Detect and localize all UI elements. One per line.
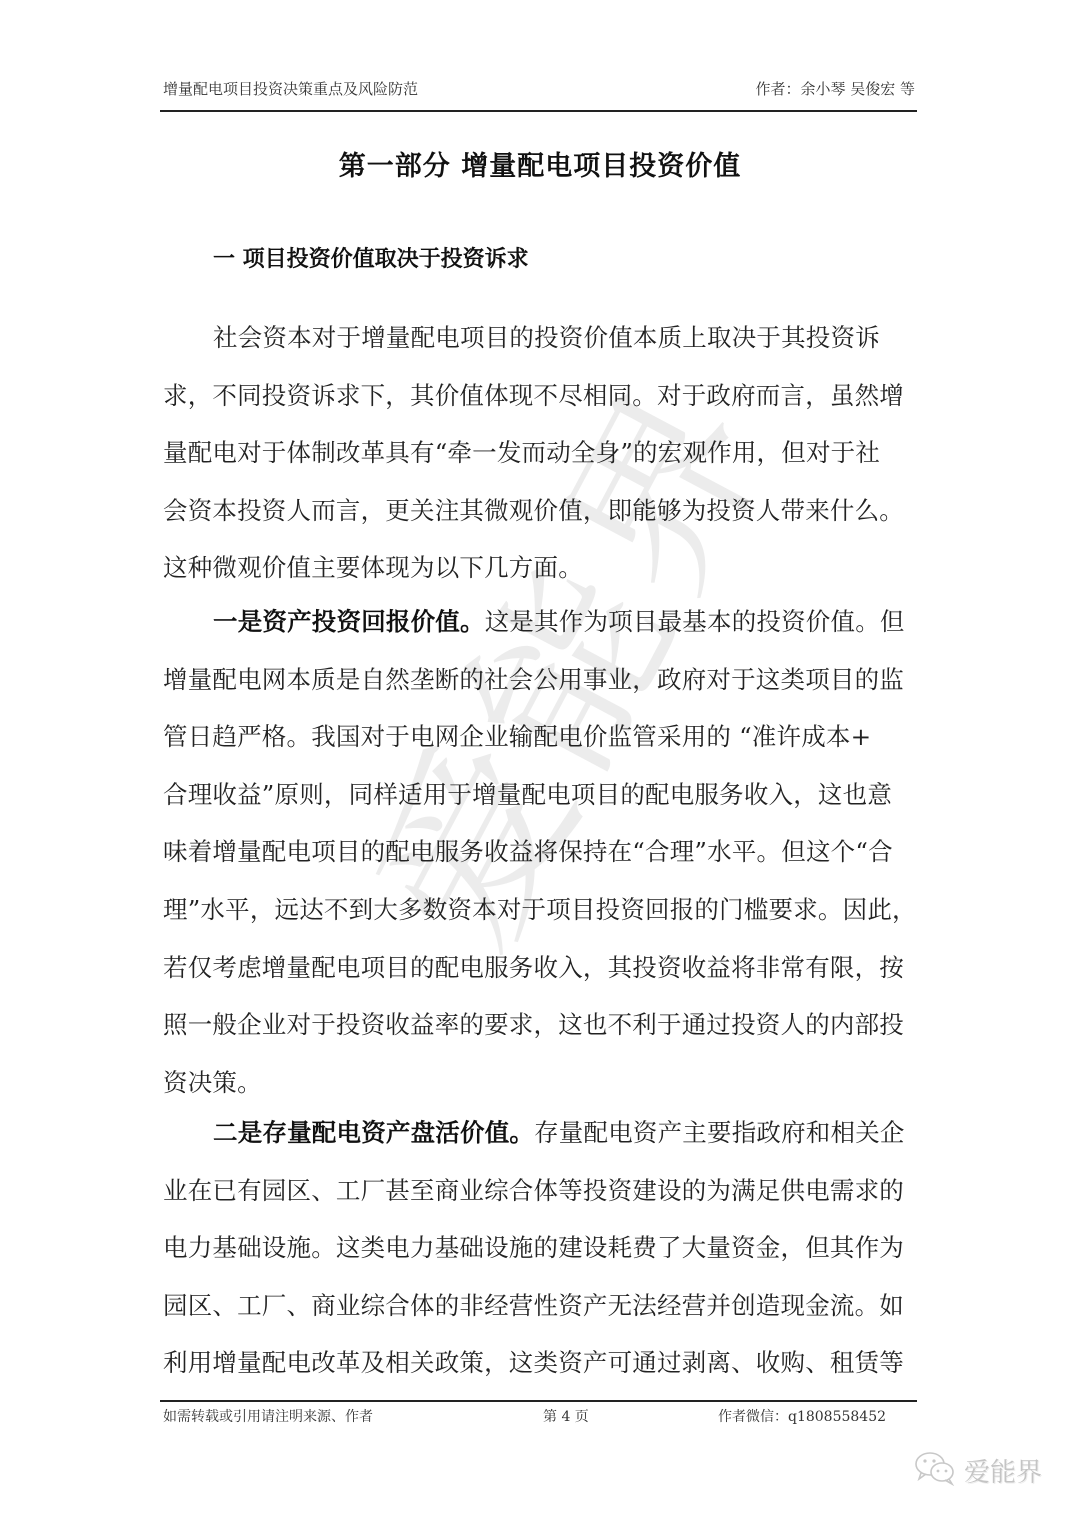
text-line: 量配电对于体制改革具有“牵一发而动全身”的宏观作用，但对于社 [163, 433, 915, 491]
header-divider [160, 110, 917, 112]
text-line: 电力基础设施。这类电力基础设施的建设耗费了大量资金，但其作为 [163, 1228, 915, 1286]
paragraph-lead-rest: 存量配电资产主要指政府和相关企 [534, 1118, 905, 1147]
footer-divider [160, 1400, 917, 1402]
text-line: 照一般企业对于投资收益率的要求，这也不利于通过投资人的内部投 [163, 1005, 915, 1063]
text-line: 一是资产投资回报价值。这是其作为项目最基本的投资价值。但 [163, 602, 915, 660]
text-line: 利用增量配电改革及相关政策，这类资产可通过剥离、收购、租赁等 [163, 1343, 915, 1401]
text-line: 这种微观价值主要体现为以下几方面。 [163, 548, 915, 606]
text-line: 增量配电网本质是自然垄断的社会公用事业，政府对于这类项目的监 [163, 660, 915, 718]
text-line: 合理收益”原则，同样适用于增量配电项目的配电服务收入，这也意 [163, 775, 915, 833]
paragraph-3: 二是存量配电资产盘活价值。存量配电资产主要指政府和相关企 业在已有园区、工厂甚至… [163, 1113, 915, 1401]
header-doc-title: 增量配电项目投资决策重点及风险防范 [163, 78, 418, 99]
wechat-icon [914, 1450, 958, 1490]
text-line: 资决策。 [163, 1063, 915, 1121]
text-line: 若仅考虑增量配电项目的配电服务收入，其投资收益将非常有限，按 [163, 948, 915, 1006]
brand-name: 爱能界 [964, 1452, 1042, 1489]
paragraph-lead-rest: 这是其作为项目最基本的投资价值。但 [485, 607, 905, 636]
paragraph-lead-bold: 一是资产投资回报价值。 [213, 607, 485, 636]
paragraph-lead-bold: 二是存量配电资产盘活价值。 [213, 1118, 534, 1147]
page-title: 第一部分 增量配电项目投资价值 [0, 144, 1080, 183]
page-number: 第 4 页 [543, 1406, 589, 1426]
text-line: 管日趋严格。我国对于电网企业输配电价监管采用的 “准许成本+ [163, 717, 915, 775]
paragraph-1: 社会资本对于增量配电项目的投资价值本质上取决于其投资诉 求，不同投资诉求下，其价… [163, 318, 915, 606]
text-line: 会资本投资人而言，更关注其微观价值，即能够为投资人带来什么。 [163, 491, 915, 549]
text-line: 求，不同投资诉求下，其价值体现不尽相同。对于政府而言，虽然增 [163, 376, 915, 434]
header-authors: 作者：余小琴 吴俊宏 等 [755, 78, 915, 99]
paragraph-2: 一是资产投资回报价值。这是其作为项目最基本的投资价值。但 增量配电网本质是自然垄… [163, 602, 915, 1120]
section-heading: 一 项目投资价值取决于投资诉求 [213, 242, 529, 273]
footer-author-wechat: 作者微信：q1808558452 [718, 1406, 886, 1426]
text-line: 二是存量配电资产盘活价值。存量配电资产主要指政府和相关企 [163, 1113, 915, 1171]
brand-watermark: 爱能界 [914, 1450, 1042, 1490]
text-line: 业在已有园区、工厂甚至商业综合体等投资建设的为满足供电需求的 [163, 1171, 915, 1229]
text-line: 园区、工厂、商业综合体的非经营性资产无法经营并创造现金流。如 [163, 1286, 915, 1344]
page-header: 增量配电项目投资决策重点及风险防范 作者：余小琴 吴俊宏 等 [163, 74, 915, 102]
footer-copyright-note: 如需转载或引用请注明来源、作者 [163, 1406, 373, 1426]
text-line: 味着增量配电项目的配电服务收益将保持在“合理”水平。但这个“合 [163, 832, 915, 890]
text-line: 社会资本对于增量配电项目的投资价值本质上取决于其投资诉 [163, 318, 915, 376]
text-line: 理”水平，远达不到大多数资本对于项目投资回报的门槛要求。因此， [163, 890, 915, 948]
document-page: 爱能界 增量配电项目投资决策重点及风险防范 作者：余小琴 吴俊宏 等 第一部分 … [0, 0, 1080, 1527]
